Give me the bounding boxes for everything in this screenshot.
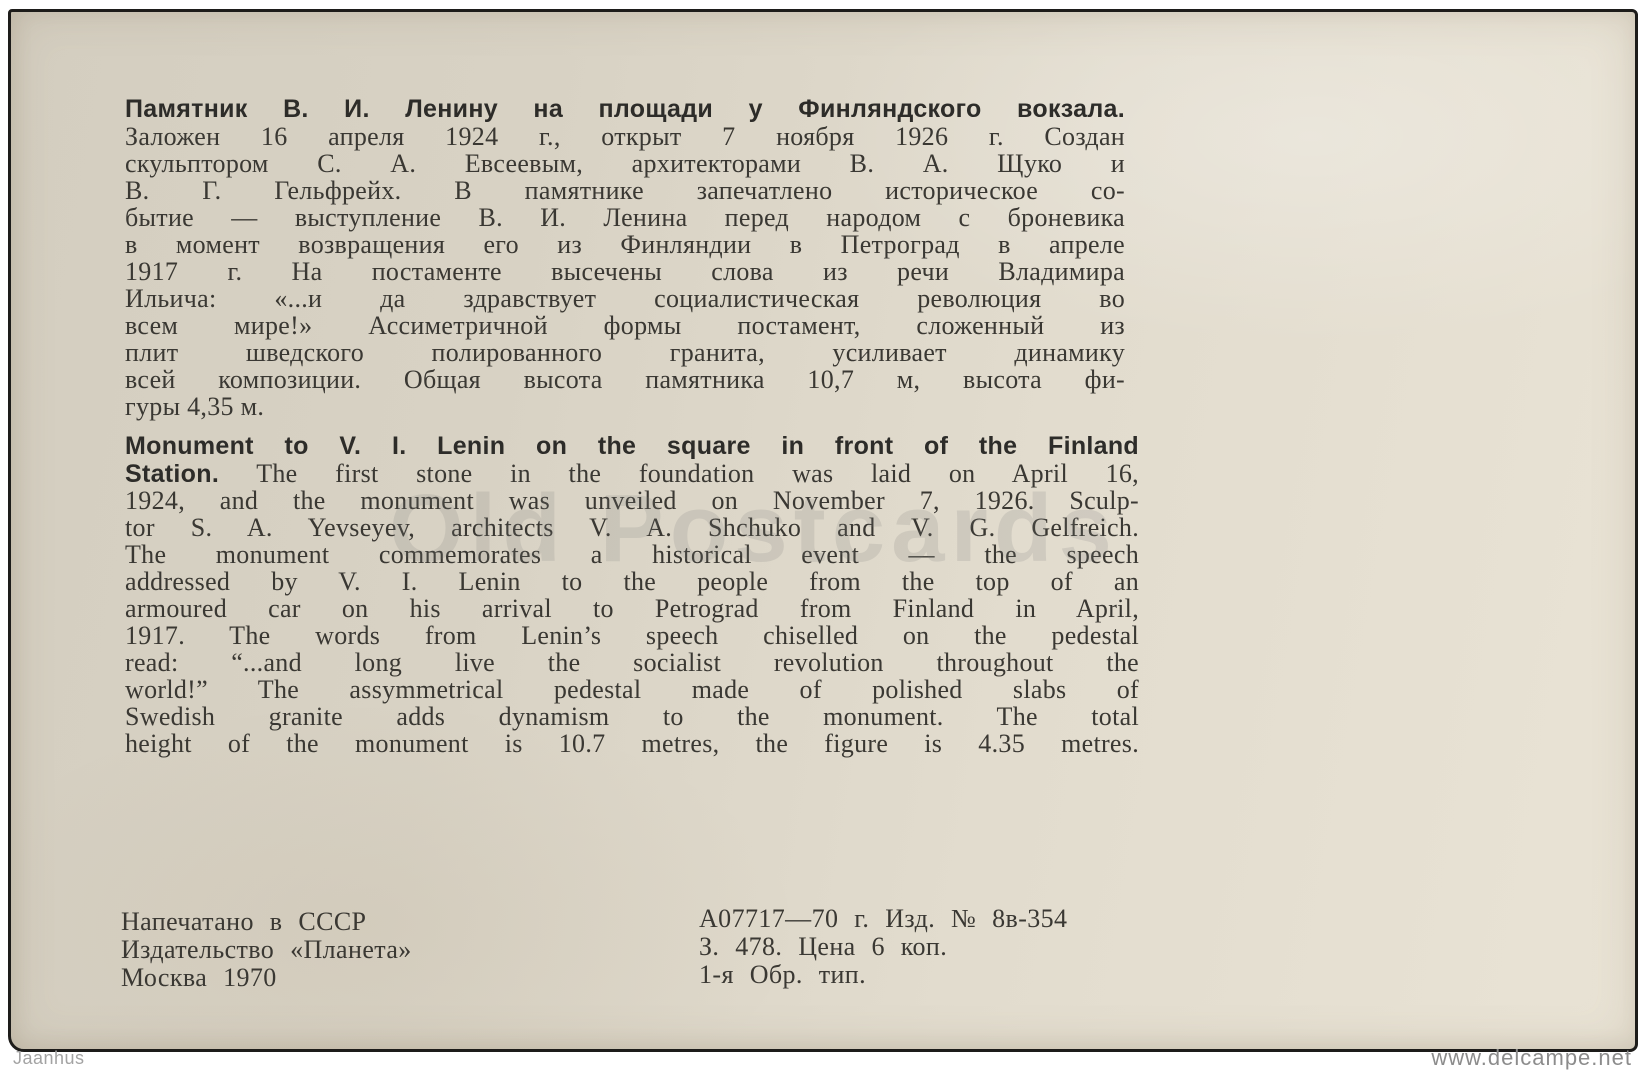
english-heading: Monument to V. I. Lenin on the square in… bbox=[125, 433, 1139, 460]
english-caption: Monument to V. I. Lenin on the square in… bbox=[125, 433, 1139, 757]
english-caption-line: armoured car on his arrival to Petrograd… bbox=[125, 595, 1139, 622]
russian-caption-line: в момент возвращения его из Финляндии в … bbox=[125, 231, 1125, 258]
russian-caption-line: скульптором С. А. Евсеевым, архитекторам… bbox=[125, 150, 1125, 177]
english-caption-line: height of the monument is 10.7 metres, t… bbox=[125, 730, 1139, 757]
english-caption-line: Station. The first stone in the foundati… bbox=[125, 460, 1139, 487]
print-info-line: А07717—70 г. Изд. № 8в-354 bbox=[699, 905, 1067, 933]
english-caption-line: The monument commemorates a historical e… bbox=[125, 541, 1139, 568]
print-info-line: Издательство «Планета» bbox=[121, 936, 412, 964]
english-caption-line: read: “...and long live the socialist re… bbox=[125, 649, 1139, 676]
postcard-scan: Памятник В. И. Ленину на площади у Финля… bbox=[8, 9, 1638, 1052]
russian-caption-line: Заложен 16 апреля 1924 г., открыт 7 нояб… bbox=[125, 123, 1125, 150]
english-caption-line: 1924, and the monument was unveiled on N… bbox=[125, 487, 1139, 514]
print-info-line: 1-я Обр. тип. bbox=[699, 961, 1067, 989]
russian-caption-line: всей композиции. Общая высота памятника … bbox=[125, 366, 1125, 393]
print-info-left: Напечатано в СССР Издательство «Планета»… bbox=[121, 908, 412, 992]
english-caption-line: addressed by V. I. Lenin to the people f… bbox=[125, 568, 1139, 595]
russian-caption-line: плит шведского полированного гранита, ус… bbox=[125, 339, 1125, 366]
russian-caption-line: бытие — выступление В. И. Ленина перед н… bbox=[125, 204, 1125, 231]
print-info-line: Напечатано в СССР bbox=[121, 908, 412, 936]
english-caption-line: 1917. The words from Lenin’s speech chis… bbox=[125, 622, 1139, 649]
site-watermark: www.delcampe.net bbox=[1431, 1045, 1632, 1071]
russian-caption-line: гуры 4,35 м. bbox=[125, 393, 1125, 420]
russian-caption-line: всем мире!» Ассиметричной формы постамен… bbox=[125, 312, 1125, 339]
russian-heading: Памятник В. И. Ленину на площади у Финля… bbox=[125, 96, 1125, 123]
print-info-line: Москва 1970 bbox=[121, 964, 412, 992]
english-caption-line: world!” The assymmetrical pedestal made … bbox=[125, 676, 1139, 703]
seller-watermark: Jaanhus bbox=[13, 1048, 85, 1069]
english-caption-line: tor S. A. Yevseyev, architects V. A. Shc… bbox=[125, 514, 1139, 541]
print-info-line: З. 478. Цена 6 коп. bbox=[699, 933, 1067, 961]
russian-caption-line: 1917 г. На постаменте высечены слова из … bbox=[125, 258, 1125, 285]
english-heading-continued: Station. bbox=[125, 460, 219, 488]
english-caption-text: The first stone in the foundation was la… bbox=[256, 459, 1139, 488]
russian-caption-line: В. Г. Гельфрейх. В памятнике запечатлено… bbox=[125, 177, 1125, 204]
russian-caption: Памятник В. И. Ленину на площади у Финля… bbox=[125, 96, 1125, 420]
english-caption-line: Swedish granite adds dynamism to the mon… bbox=[125, 703, 1139, 730]
print-info-right: А07717—70 г. Изд. № 8в-354 З. 478. Цена … bbox=[699, 905, 1067, 989]
russian-caption-line: Ильича: «...и да здравствует социалистич… bbox=[125, 285, 1125, 312]
page: { "scan": { "russian": { "heading": "Пам… bbox=[0, 0, 1645, 1071]
